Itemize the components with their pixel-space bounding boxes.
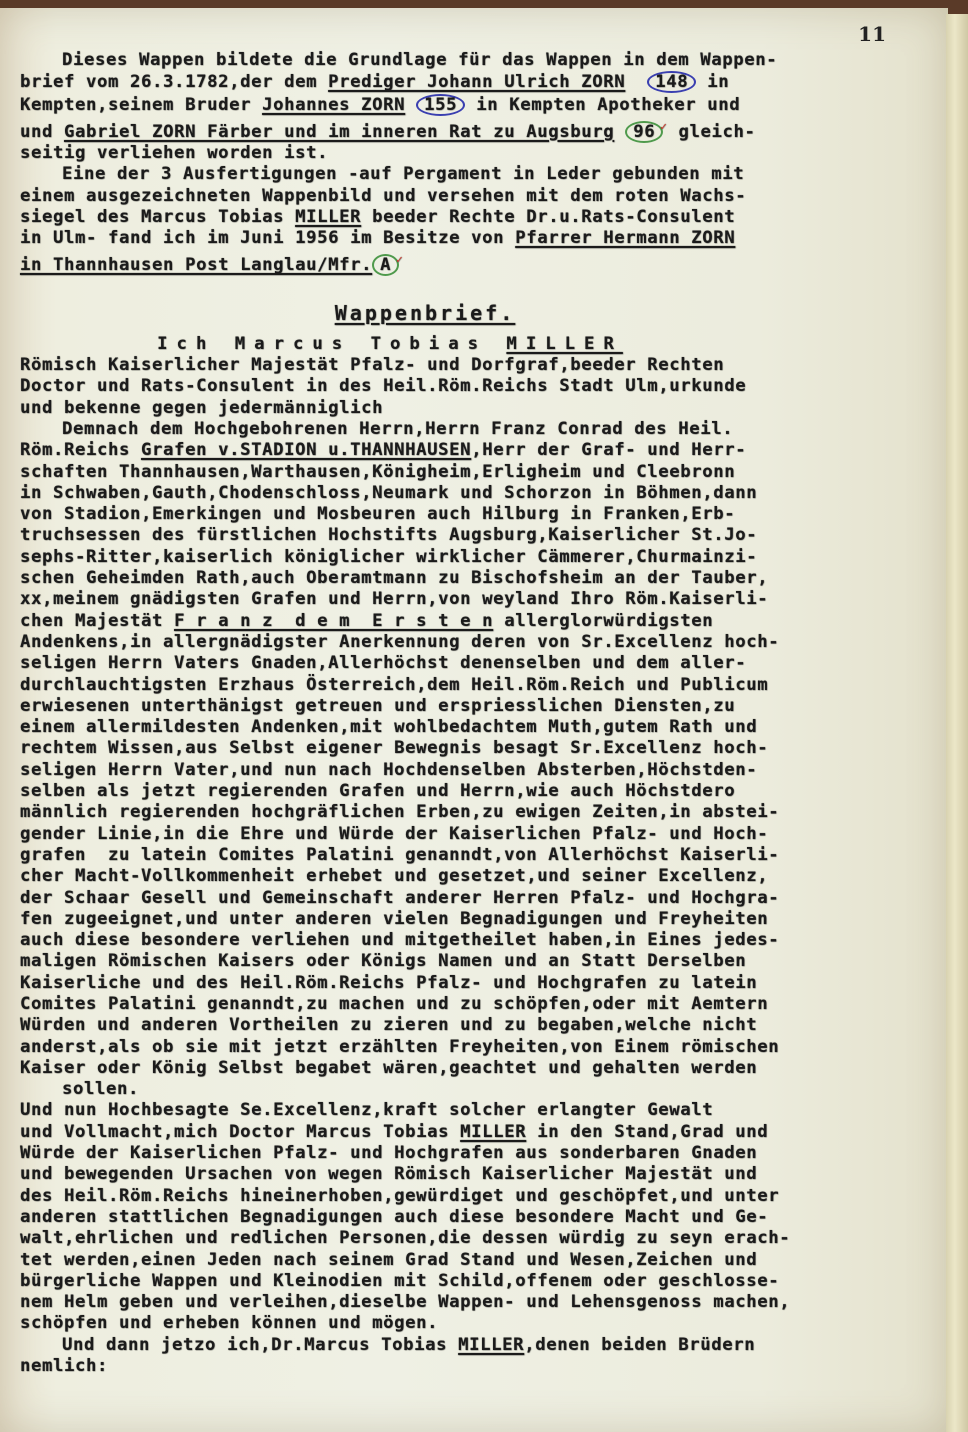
- underlined-name: MILLER: [460, 1122, 526, 1142]
- text: tet werden,einen Jeden nach seinem Grad …: [20, 1250, 757, 1270]
- underlined-name: F r a n z d e m E r s t e n: [174, 611, 493, 631]
- heading-text: Wappenbrief.: [335, 301, 516, 325]
- text: Doctor und Rats-Consulent in des Heil.Rö…: [20, 376, 746, 396]
- body-line: seligen Herrn Vater,und nun nach Hochden…: [20, 760, 920, 781]
- body-line: grafen zu latein Comites Palatini genann…: [20, 845, 920, 866]
- text: sephs-Ritter,kaiserlich königlicher wirk…: [20, 547, 757, 567]
- person-name: MILLER: [295, 207, 361, 227]
- text: rechtem Wissen,aus Selbst eigener Bewegn…: [20, 738, 768, 758]
- body-line: fen zugeeignet,und unter anderen vielen …: [20, 909, 920, 930]
- text: schen Geheimden Rath,auch Oberamtmann zu…: [20, 568, 768, 588]
- body-line: Röm.Reichs Grafen v.STADION u.THANNHAUSE…: [20, 440, 920, 461]
- page-edge: [946, 14, 968, 1432]
- check-mark-icon: ✓: [396, 253, 403, 266]
- text: selben als jetzt regierenden Grafen und …: [20, 781, 735, 801]
- text: und bekenne gegen jedermänniglich: [20, 398, 383, 418]
- place-name: in Thannhausen Post Langlau/Mfr.: [20, 255, 372, 275]
- underlined-name: MILLER: [458, 1335, 524, 1355]
- letter-body: Römisch Kaiserlicher Majestät Pfalz- und…: [20, 355, 920, 1377]
- text: chen Majestät: [20, 611, 174, 631]
- text: Röm.Reichs: [20, 440, 141, 460]
- body-line: nemlich:: [20, 1356, 920, 1377]
- text: cher Macht-Vollkommenheit erhebet und ge…: [20, 866, 768, 886]
- body-line: gender Linie,in die Ehre und Würde der K…: [20, 824, 920, 845]
- text: schöpfen und erheben können und mögen.: [20, 1313, 438, 1333]
- body-line: der Schaar Gesell und Gemeinschaft ander…: [20, 888, 920, 909]
- text: allerglorwürdigsten: [493, 611, 713, 631]
- text: grafen zu latein Comites Palatini genann…: [20, 845, 779, 865]
- body-line: maligen Römischen Kaisers oder Königs Na…: [20, 951, 920, 972]
- body-line: Kaiserliche und des Heil.Röm.Reichs Pfal…: [20, 973, 920, 994]
- text: in Kempten Apotheker und: [465, 95, 740, 115]
- body-line: selben als jetzt regierenden Grafen und …: [20, 781, 920, 802]
- text: erwiesenen unterthänigst getreuen und er…: [20, 696, 735, 716]
- body-line: und bekenne gegen jedermänniglich: [20, 398, 920, 419]
- intro-line: und Gabriel ZORN Färber und im inneren R…: [20, 116, 920, 143]
- body-line: walt,ehrlichen und redlichen Personen,di…: [20, 1228, 920, 1249]
- body-line: tet werden,einen Jeden nach seinem Grad …: [20, 1250, 920, 1271]
- body-line: sollen.: [20, 1079, 920, 1100]
- person-name: Prediger Johann Ulrich ZORN: [328, 72, 625, 92]
- intro-line: brief vom 26.3.1782,der dem Prediger Joh…: [20, 71, 920, 93]
- text: und Vollmacht,mich Doctor Marcus Tobias: [20, 1122, 460, 1142]
- text: Demnach dem Hochgebohrenen Herrn,Herrn F…: [62, 419, 733, 439]
- issuer-line: Ich Marcus Tobias MILLER: [20, 334, 920, 355]
- person-name: Pfarrer Hermann ZORN: [515, 228, 735, 248]
- intro-line: siegel des Marcus Tobias MILLER beeder R…: [20, 207, 920, 228]
- text: Andenkens,in allergnädigster Anerkennung…: [20, 632, 779, 652]
- section-heading: Wappenbrief.: [20, 303, 920, 324]
- text: truchsessen des fürstlichen Hochstifts A…: [20, 525, 757, 545]
- text: in den Stand,Grad und: [526, 1122, 768, 1142]
- text: und bewegenden Ursachen von wegen Römisc…: [20, 1164, 757, 1184]
- text: siegel des Marcus Tobias: [20, 207, 295, 227]
- intro-line: einem ausgezeichneten Wappenbild und ver…: [20, 186, 920, 207]
- body-line: und Vollmacht,mich Doctor Marcus Tobias …: [20, 1122, 920, 1143]
- body-line: schaften Thannhausen,Warthausen,Könighei…: [20, 462, 920, 483]
- text: des Heil.Röm.Reichs hineinerhoben,gewürd…: [20, 1186, 779, 1206]
- underlined-name: Grafen v.STADION u.THANNHAUSEN: [141, 440, 471, 460]
- body-line: Würden und anderen Vortheilen zu zieren …: [20, 1015, 920, 1036]
- body-line: Römisch Kaiserlicher Majestät Pfalz- und…: [20, 355, 920, 376]
- body-line: Kaiser oder König Selbst begabet wären,g…: [20, 1058, 920, 1079]
- reference-number: 96: [625, 121, 663, 143]
- text: der Schaar Gesell und Gemeinschaft ander…: [20, 888, 779, 908]
- document-page: 11 Dieses Wappen bildete die Grundlage f…: [0, 8, 948, 1432]
- intro-line: seitig verliehen worden ist.: [20, 143, 920, 164]
- body-line: auch diese besondere verliehen und mitge…: [20, 930, 920, 951]
- text: Und nun Hochbesagte Se.Excellenz,kraft s…: [20, 1100, 713, 1120]
- body-line: männlich regierenden hochgräflichen Erbe…: [20, 802, 920, 823]
- body-line: sephs-Ritter,kaiserlich königlicher wirk…: [20, 547, 920, 568]
- check-mark-icon: ✓: [660, 120, 667, 133]
- text: anderst,als ob sie mit jetzt erzählten F…: [20, 1037, 779, 1057]
- text: Würden und anderen Vortheilen zu zieren …: [20, 1015, 757, 1035]
- text: durchlauchtigsten Erzhaus Österreich,dem…: [20, 675, 768, 695]
- person-name: MILLER: [506, 334, 622, 354]
- text: auch diese besondere verliehen und mitge…: [20, 930, 779, 950]
- text: in Ulm- fand ich im Juni 1956 im Besitze…: [20, 228, 515, 248]
- text: männlich regierenden hochgräflichen Erbe…: [20, 802, 779, 822]
- text: Römisch Kaiserlicher Majestät Pfalz- und…: [20, 355, 724, 375]
- text: maligen Römischen Kaisers oder Königs Na…: [20, 951, 746, 971]
- body-line: erwiesenen unterthänigst getreuen und er…: [20, 696, 920, 717]
- body-line: Comites Palatini genanndt,zu machen und …: [20, 994, 920, 1015]
- body-line: anderen stattlichen Begnadigungen auch d…: [20, 1207, 920, 1228]
- text: Und dann jetzo ich,Dr.Marcus Tobias: [62, 1335, 458, 1355]
- body-line: truchsessen des fürstlichen Hochstifts A…: [20, 525, 920, 546]
- text: in Schwaben,Gauth,Chodenschloss,Neumark …: [20, 483, 757, 503]
- text: Ich Marcus Tobias: [157, 334, 506, 354]
- intro-line: in Thannhausen Post Langlau/Mfr.A✓: [20, 249, 920, 276]
- text: gender Linie,in die Ehre und Würde der K…: [20, 824, 768, 844]
- body-line: xx,meinem gnädigsten Grafen und Herrn,vo…: [20, 589, 920, 610]
- text: Kaiser oder König Selbst begabet wären,g…: [20, 1058, 757, 1078]
- text: einem allermildesten Andenken,mit wohlbe…: [20, 717, 757, 737]
- text: Kempten,seinem Bruder: [20, 95, 262, 115]
- intro-line: Kempten,seinem Bruder Johannes ZORN 155 …: [20, 94, 920, 116]
- text: anderen stattlichen Begnadigungen auch d…: [20, 1207, 768, 1227]
- text: ,denen beiden Brüdern: [524, 1335, 755, 1355]
- text: und: [20, 122, 64, 142]
- typewritten-text: Dieses Wappen bildete die Grundlage für …: [20, 50, 920, 1377]
- text: beeder Rechte Dr.u.Rats-Consulent: [361, 207, 735, 227]
- body-line: Und dann jetzo ich,Dr.Marcus Tobias MILL…: [20, 1335, 920, 1356]
- person-name: Johannes ZORN: [262, 95, 405, 115]
- body-line: und bewegenden Ursachen von wegen Römisc…: [20, 1164, 920, 1185]
- text: Würde der Kaiserlichen Pfalz- und Hochgr…: [20, 1143, 757, 1163]
- body-line: von Stadion,Emerkingen und Mosbeuren auc…: [20, 504, 920, 525]
- body-line: schöpfen und erheben können und mögen.: [20, 1313, 920, 1334]
- body-line: chen Majestät F r a n z d e m E r s t e …: [20, 611, 920, 632]
- text: walt,ehrlichen und redlichen Personen,di…: [20, 1228, 790, 1248]
- body-line: rechtem Wissen,aus Selbst eigener Bewegn…: [20, 738, 920, 759]
- body-line: nem Helm geben und verleihen,dieselbe Wa…: [20, 1292, 920, 1313]
- text: sollen.: [62, 1079, 139, 1099]
- page-number: 11: [858, 22, 886, 46]
- body-line: anderst,als ob sie mit jetzt erzählten F…: [20, 1037, 920, 1058]
- body-line: seligen Herrn Vaters Gnaden,Allerhöchst …: [20, 653, 920, 674]
- text: seligen Herrn Vater,und nun nach Hochden…: [20, 760, 757, 780]
- body-line: Doctor und Rats-Consulent in des Heil.Rö…: [20, 376, 920, 397]
- text: fen zugeeignet,und unter anderen vielen …: [20, 909, 768, 929]
- intro-line: in Ulm- fand ich im Juni 1956 im Besitze…: [20, 228, 920, 249]
- body-line: Andenkens,in allergnädigster Anerkennung…: [20, 632, 920, 653]
- text: bürgerliche Wappen und Kleinodien mit Sc…: [20, 1271, 779, 1291]
- text: Kaiserliche und des Heil.Röm.Reichs Pfal…: [20, 973, 757, 993]
- text: nem Helm geben und verleihen,dieselbe Wa…: [20, 1292, 790, 1312]
- text: gleich-: [668, 122, 756, 142]
- body-line: schen Geheimden Rath,auch Oberamtmann zu…: [20, 568, 920, 589]
- body-line: durchlauchtigsten Erzhaus Österreich,dem…: [20, 675, 920, 696]
- body-line: des Heil.Röm.Reichs hineinerhoben,gewürd…: [20, 1186, 920, 1207]
- body-line: Würde der Kaiserlichen Pfalz- und Hochgr…: [20, 1143, 920, 1164]
- reference-number: 155: [416, 94, 465, 116]
- text: von Stadion,Emerkingen und Mosbeuren auc…: [20, 504, 735, 524]
- text: Comites Palatini genanndt,zu machen und …: [20, 994, 768, 1014]
- body-line: cher Macht-Vollkommenheit erhebet und ge…: [20, 866, 920, 887]
- body-line: in Schwaben,Gauth,Chodenschloss,Neumark …: [20, 483, 920, 504]
- body-line: Und nun Hochbesagte Se.Excellenz,kraft s…: [20, 1100, 920, 1121]
- person-name: Gabriel ZORN Färber und im inneren Rat z…: [64, 122, 614, 142]
- text: nemlich:: [20, 1356, 108, 1376]
- reference-number: 148: [647, 71, 696, 93]
- text: brief vom 26.3.1782,der dem: [20, 72, 328, 92]
- text: schaften Thannhausen,Warthausen,Könighei…: [20, 462, 735, 482]
- intro-line: Eine der 3 Ausfertigungen -auf Pergament…: [20, 164, 920, 185]
- body-line: bürgerliche Wappen und Kleinodien mit Sc…: [20, 1271, 920, 1292]
- text: in: [696, 72, 729, 92]
- text: seligen Herrn Vaters Gnaden,Allerhöchst …: [20, 653, 746, 673]
- text: xx,meinem gnädigsten Grafen und Herrn,vo…: [20, 589, 768, 609]
- body-line: einem allermildesten Andenken,mit wohlbe…: [20, 717, 920, 738]
- body-line: Demnach dem Hochgebohrenen Herrn,Herrn F…: [20, 419, 920, 440]
- text: ,Herr der Graf- und Herr-: [471, 440, 746, 460]
- intro-line: Dieses Wappen bildete die Grundlage für …: [20, 50, 920, 71]
